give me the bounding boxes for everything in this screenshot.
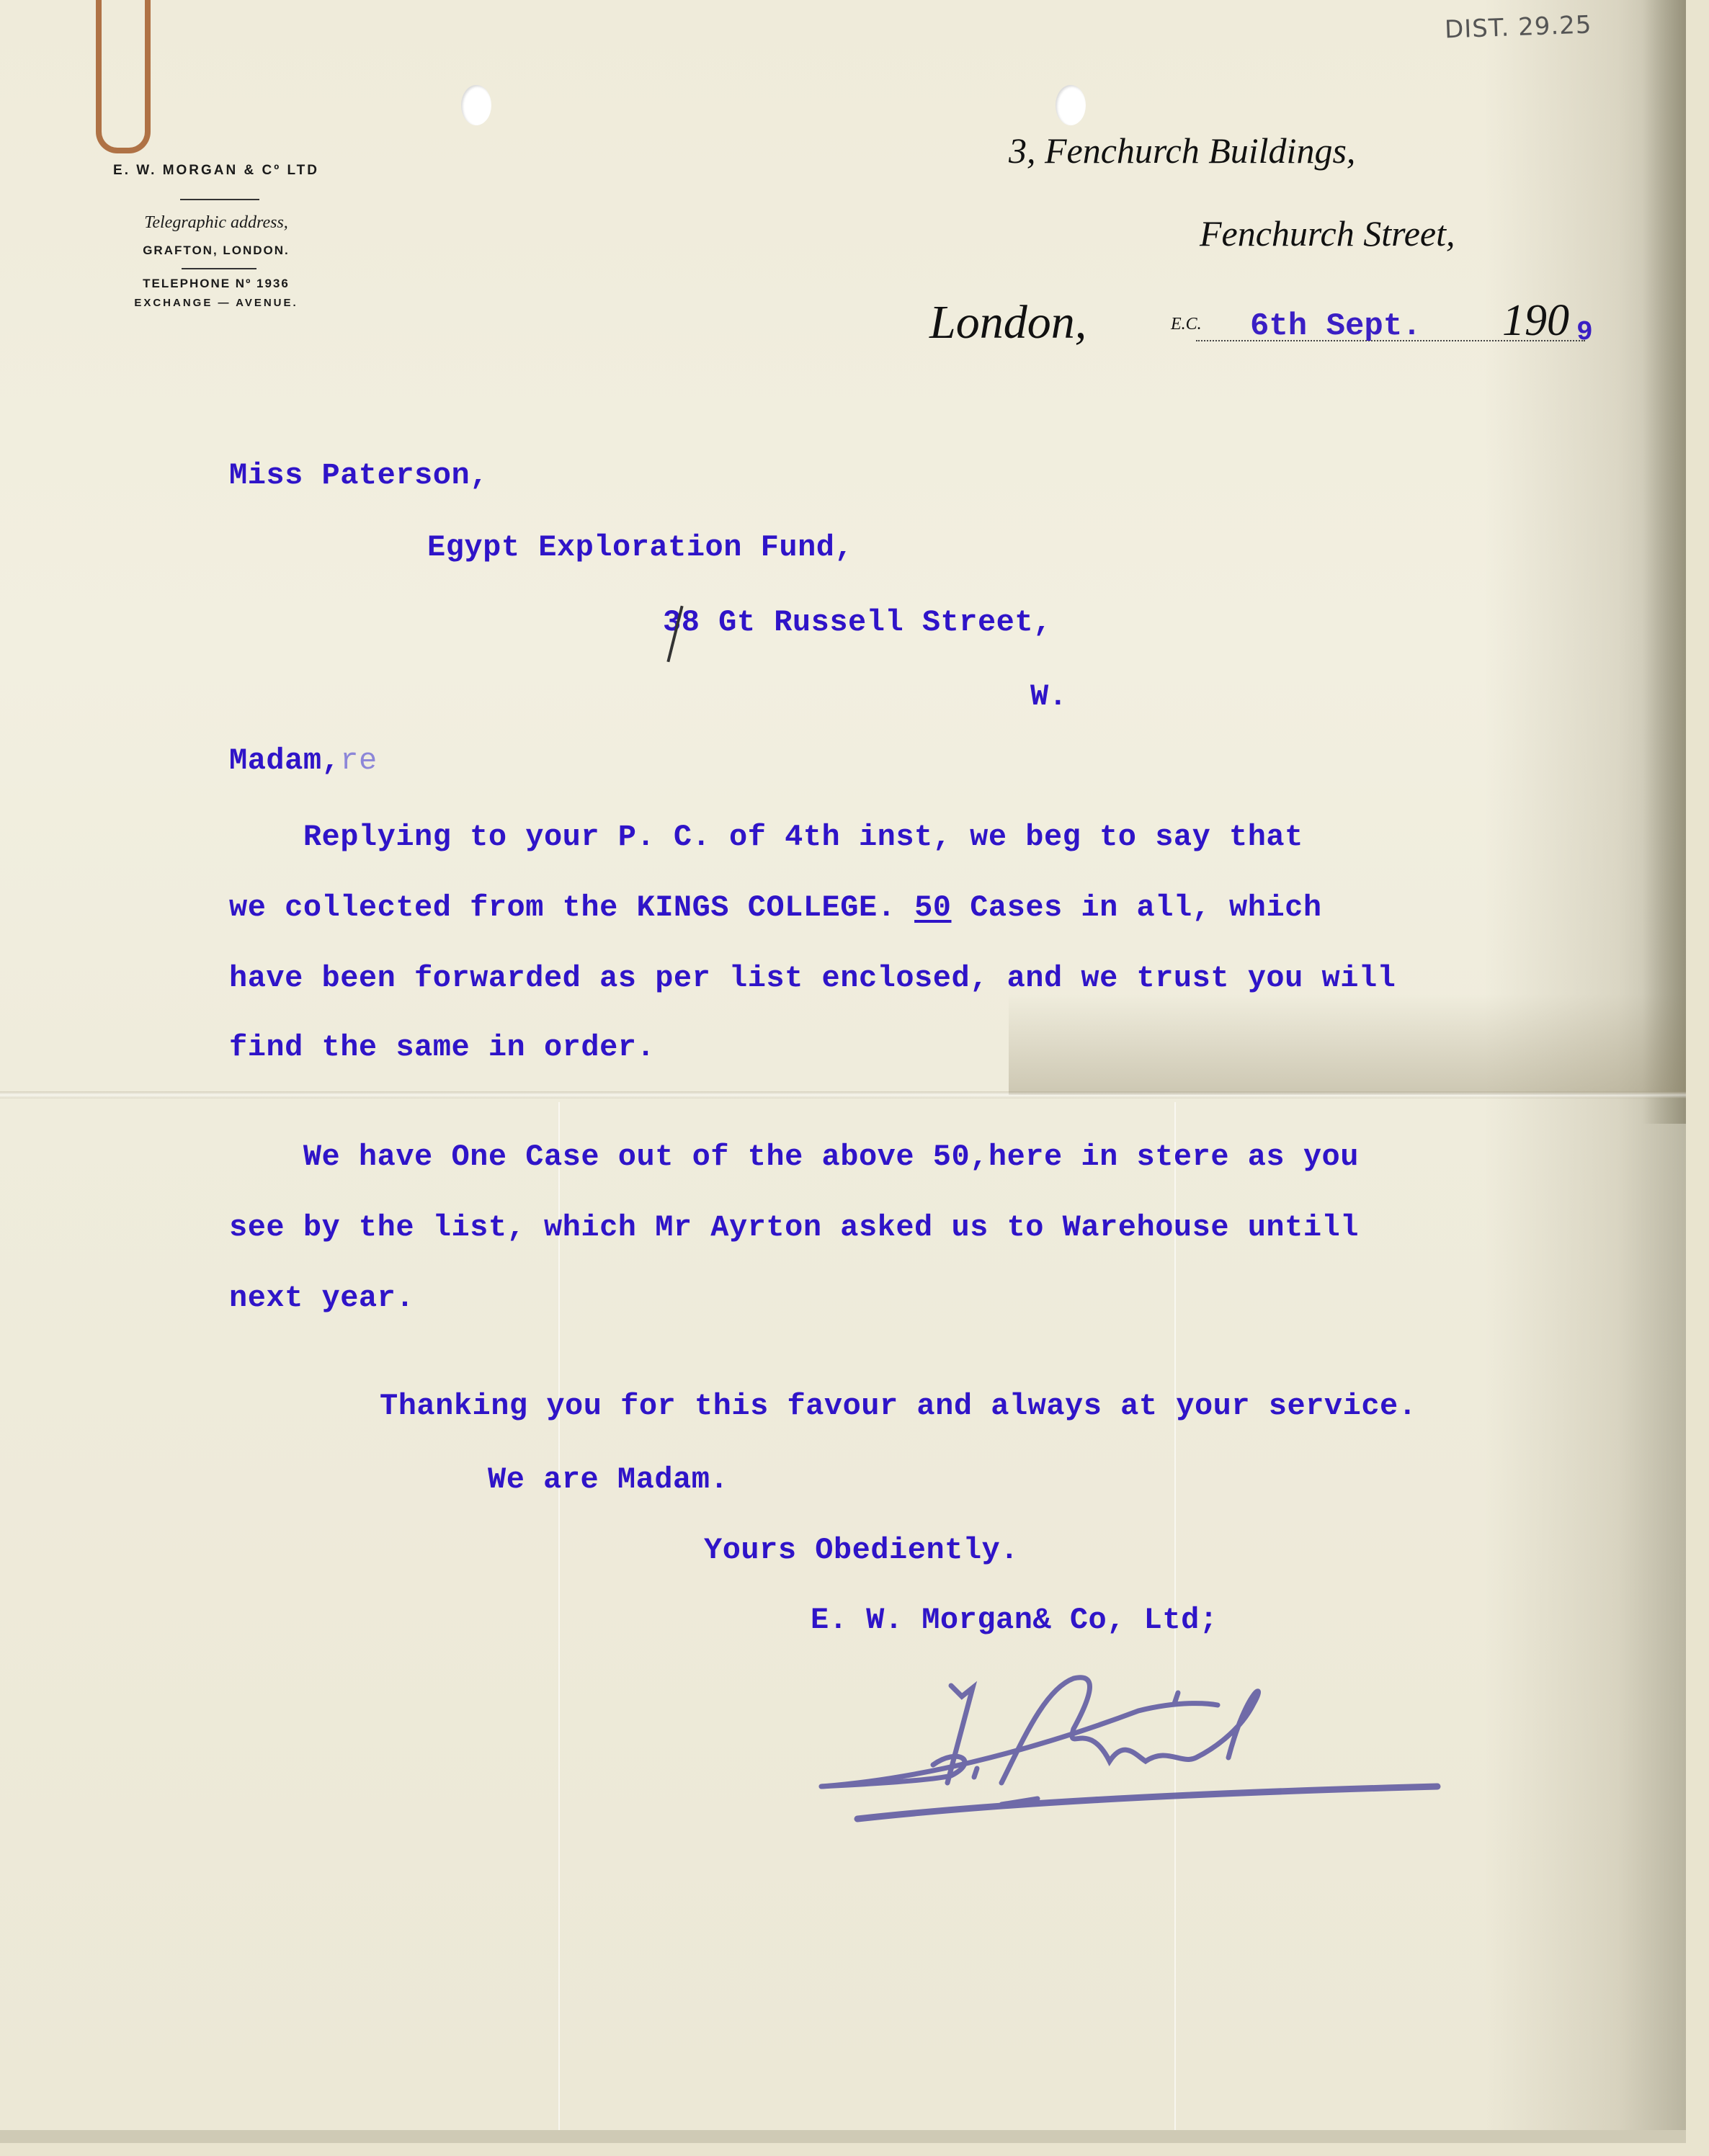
body-line-text: we collected from the KINGS COLLEGE. bbox=[229, 890, 896, 925]
fold-shadow bbox=[1009, 994, 1686, 1095]
date-day-month: 6th Sept. bbox=[1250, 308, 1422, 344]
horizontal-fold-line bbox=[0, 1091, 1686, 1099]
address-city: London, bbox=[929, 295, 1086, 350]
closing-thanks: Thanking you for this favour and always … bbox=[380, 1389, 1416, 1423]
date-year-typed: 9 bbox=[1576, 317, 1593, 348]
page-bottom-edge bbox=[0, 2130, 1686, 2143]
recipient-name: Miss Paterson, bbox=[229, 458, 488, 493]
telegraphic-label: Telegraphic address, bbox=[86, 213, 346, 233]
divider bbox=[180, 199, 259, 200]
company-name: E. W. MORGAN & Cº LTD bbox=[86, 163, 346, 179]
punch-hole-icon bbox=[461, 85, 491, 125]
archive-reference: DIST. 29.25 bbox=[1444, 10, 1592, 44]
body-line-text: Cases in all, which bbox=[952, 890, 1322, 925]
paperclip-rust-stain bbox=[96, 0, 151, 153]
recipient-street: 38 Gt Russell Street, bbox=[663, 605, 1052, 640]
body-line: next year. bbox=[229, 1281, 414, 1315]
closing-company: E. W. Morgan& Co, Ltd; bbox=[811, 1603, 1218, 1637]
divider bbox=[182, 268, 256, 269]
telegraphic-address: GRAFTON, LONDON. bbox=[86, 243, 346, 258]
telephone-exchange: EXCHANGE — AVENUE. bbox=[86, 297, 346, 309]
signature-icon bbox=[807, 1660, 1455, 1826]
body-line: have been forwarded as per list enclosed… bbox=[229, 961, 1396, 996]
body-line: see by the list, which Mr Ayrton asked u… bbox=[229, 1210, 1359, 1245]
closing-we-are: We are Madam. bbox=[488, 1462, 728, 1497]
recipient-district: W. bbox=[1030, 679, 1067, 714]
address-line-2: Fenchurch Street, bbox=[1200, 213, 1455, 254]
telephone-number: TELEPHONE Nº 1936 bbox=[86, 277, 346, 291]
address-line-1: 3, Fenchurch Buildings, bbox=[1009, 130, 1355, 171]
body-line: find the same in order. bbox=[229, 1030, 655, 1065]
page-edge-shadow bbox=[1643, 0, 1686, 1124]
vertical-fold-line bbox=[558, 1102, 560, 2139]
recipient-organization: Egypt Exploration Fund, bbox=[427, 530, 853, 565]
body-line: We have One Case out of the above 50,her… bbox=[229, 1140, 1359, 1174]
address-district: E.C. bbox=[1171, 315, 1202, 334]
closing-valediction: Yours Obediently. bbox=[704, 1533, 1019, 1567]
salutation-text: Madam, bbox=[229, 743, 340, 778]
salutation: Madam,re bbox=[229, 743, 378, 778]
punch-hole-icon bbox=[1056, 85, 1086, 125]
salutation-faint-text: re bbox=[340, 743, 377, 778]
body-line: Replying to your P. C. of 4th inst, we b… bbox=[229, 820, 1303, 854]
date-year-printed: 190 bbox=[1502, 295, 1569, 346]
letter-page: DIST. 29.25 E. W. MORGAN & Cº LTD Telegr… bbox=[0, 0, 1686, 2143]
case-count-underlined: 50 bbox=[914, 890, 951, 925]
body-line: we collected from the KINGS COLLEGE. 50 … bbox=[229, 890, 1322, 925]
